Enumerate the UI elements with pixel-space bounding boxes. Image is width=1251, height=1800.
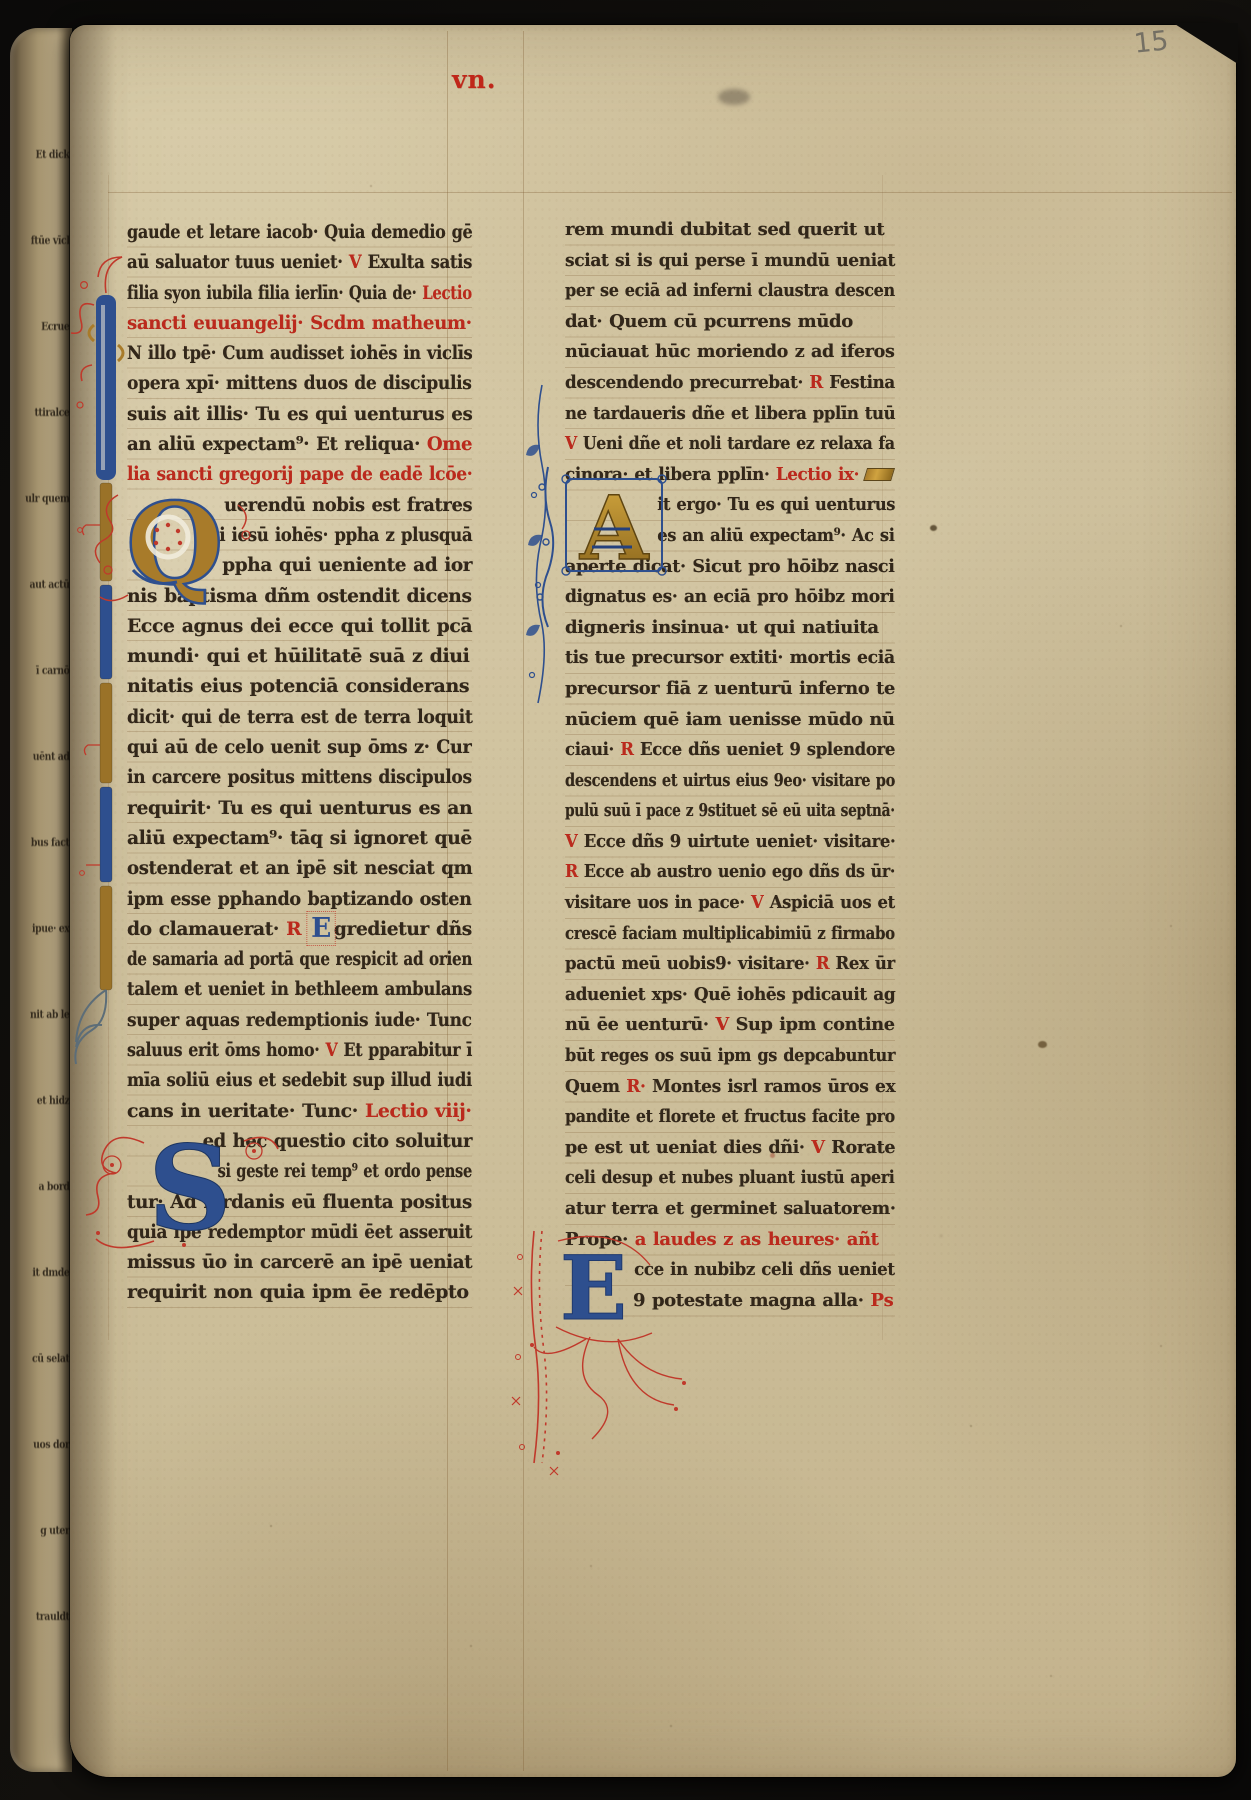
text-segment: Et pparabitur ī bbox=[343, 1039, 472, 1061]
text-line: N illo tpē· Cum audisset iohēs in viclīs bbox=[127, 338, 425, 368]
text-segment: gaude et letare iacob· Quia demedio gē bbox=[127, 221, 472, 243]
text-line: tis tue precursor extiti· mortis eciā bbox=[565, 643, 881, 674]
rubric-segment: Ome bbox=[427, 433, 472, 455]
text-line: ciaui· R Ecce dñs ueniet 9 splendore bbox=[565, 735, 868, 766]
text-segment: ne tardaueris dñe et libera pplīn tuū bbox=[565, 403, 895, 424]
text-line: mundi· qui et hūilitatē suā z diui bbox=[127, 641, 472, 671]
initial-s-ornament: S bbox=[84, 1113, 299, 1263]
parchment-stain bbox=[930, 525, 937, 531]
text-line: Quem R· Montes isrl ramos ūros ex bbox=[565, 1072, 878, 1103]
text-line: in carcere positus mittens discipulos bbox=[127, 762, 438, 792]
rubric-segment: V bbox=[715, 1014, 735, 1035]
text-segment: Ecce dñs 9 uirtute ueniet· visitare· bbox=[584, 831, 896, 852]
text-line: celi desup et nubes pluant iustū aperi bbox=[565, 1163, 856, 1194]
left-page-edge: Et dickftūe vīclEcruettiralceulr quemaut… bbox=[10, 28, 72, 1772]
text-line: adueniet xps· Quē iohēs pdicauit ag bbox=[565, 980, 875, 1011]
rubric-segment: V bbox=[565, 433, 583, 454]
edge-text-fragment: uēnt ad bbox=[19, 750, 72, 836]
text-segment: tis tue precursor extiti· mortis eciā bbox=[565, 647, 895, 668]
text-segment: talem et ueniet in bethleem ambulans bbox=[127, 978, 472, 1000]
text-segment: crescē faciam multiplicabimiū z firmabo bbox=[565, 923, 895, 944]
text-segment: filia syon iubila filia ierlīn· Quia de· bbox=[127, 282, 422, 304]
text-segment: Ecce agnus dei ecce qui tollit pcā bbox=[127, 615, 472, 637]
text-segment: Rorate bbox=[831, 1137, 895, 1158]
text-line: mīa soliū eius et sedebit sup illud iudi bbox=[127, 1065, 425, 1095]
text-line: dicit· qui de terra est de terra loquit bbox=[127, 702, 442, 732]
text-line: būt reges os suū ipm gs depcabuntur bbox=[565, 1041, 862, 1072]
text-line: R Ecce ab austro uenio ego dñs ds ūr· bbox=[565, 857, 856, 888]
rubric-segment: sancti euuangelij· Scdm matheum· bbox=[127, 312, 472, 334]
text-line: de samaria ad portā que respicit ad orie… bbox=[127, 944, 403, 974]
penwork-cascade bbox=[522, 385, 558, 705]
text-column-right: rem mundi dubitat sed querit utsciat si … bbox=[565, 215, 895, 1317]
text-segment: būt reges os suū ipm gs depcabuntur bbox=[565, 1045, 895, 1066]
text-line: Ecce agnus dei ecce qui tollit pcā bbox=[127, 611, 468, 641]
text-segment: nūciem quē iam uenisse mūdo nū bbox=[565, 709, 895, 730]
text-segment: nūciauat hūc moriendo z ad iferos bbox=[565, 341, 895, 362]
edge-text-fragment: it dmde bbox=[19, 1266, 72, 1352]
foxing-specks bbox=[70, 25, 72, 27]
text-segment: celi desup et nubes pluant iustū aperi bbox=[565, 1167, 894, 1188]
text-segment: Sup ipm contine bbox=[736, 1014, 895, 1035]
text-line: super aquas redemptionis iude· Tunc bbox=[127, 1005, 436, 1035]
text-segment: Exulta satis bbox=[368, 251, 472, 273]
text-line: nūciauat hūc moriendo z ad iferos bbox=[565, 337, 887, 368]
text-segment: do clamauerat· bbox=[127, 918, 286, 940]
text-segment: Montes isrl ramos ūros ex bbox=[652, 1076, 895, 1097]
text-segment: es an aliū expectam⁹· Ac si bbox=[657, 525, 894, 546]
text-line: ne tardaueris dñe et libera pplīn tuū bbox=[565, 399, 868, 430]
rubric-segment: V bbox=[325, 1039, 343, 1061]
text-segment: pandite et florete et fructus facite pro bbox=[565, 1106, 895, 1127]
initial-e-ornament: E bbox=[498, 1217, 768, 1527]
text-segment: mundi· qui et hūilitatē suā z diui bbox=[127, 645, 470, 667]
rubric-segment: V bbox=[811, 1137, 831, 1158]
text-segment: Aspiciā uos et bbox=[770, 892, 895, 913]
text-segment: qui aū de celo uenit sup ōms z· Cur bbox=[127, 736, 471, 758]
text-segment: saluus erit ōms homo· bbox=[127, 1039, 325, 1061]
text-line: suis ait illis· Tu es qui uenturus es bbox=[127, 399, 460, 429]
initial-glyph: S bbox=[148, 1121, 232, 1257]
text-line: gaude et letare iacob· Quia demedio gē bbox=[127, 217, 419, 247]
text-line: pandite et florete et fructus facite pro bbox=[565, 1102, 855, 1133]
edge-text-fragment: Et dick bbox=[19, 148, 72, 234]
text-segment: it ergo· Tu es qui uenturus bbox=[657, 494, 895, 515]
rubric-segment: R bbox=[620, 739, 640, 760]
text-segment: gredietur dñs bbox=[334, 918, 472, 940]
text-segment: Ueni dñe et noli tardare ez relaxa fa bbox=[583, 433, 895, 454]
rubric-segment: Ps bbox=[871, 1290, 894, 1311]
corner-cut bbox=[1166, 23, 1238, 77]
text-line: digneris insinua· ut qui natiuita bbox=[565, 613, 895, 644]
edge-text-fragment: ī carnō bbox=[19, 664, 72, 750]
text-segment: visitare uos in pace· bbox=[565, 892, 751, 913]
edge-text-fragment: et hidz bbox=[19, 1094, 72, 1180]
text-segment: adueniet xps· Quē iohēs pdicauit ag bbox=[565, 984, 895, 1005]
text-segment: de samaria ad portā que respicit ad orie… bbox=[127, 948, 472, 970]
rubric-segment: R bbox=[565, 861, 584, 882]
text-segment: atur terra et germinet saluatorem· bbox=[565, 1198, 896, 1219]
rubric-segment: R bbox=[816, 953, 836, 974]
parchment-fleck bbox=[770, 1153, 775, 1158]
text-segment: nitatis eius potenciā considerans bbox=[127, 675, 469, 697]
rubric-segment: V bbox=[565, 831, 584, 852]
text-line: rem mundi dubitat sed querit ut bbox=[565, 215, 895, 246]
text-line: ostenderat et an ipē sit nesciat qm bbox=[127, 853, 456, 883]
initial-i-ornament: I bbox=[70, 225, 140, 1105]
text-line: ipm esse pphando baptizando osten bbox=[127, 884, 447, 914]
text-line: descendendo precurrebat· R Festina bbox=[565, 368, 872, 399]
text-segment: ipm esse pphando baptizando osten bbox=[127, 888, 472, 910]
text-line: descendens et uirtus eius 9eo· visitare … bbox=[565, 766, 832, 797]
text-line: nūciem quē iam uenisse mūdo nū bbox=[565, 705, 892, 736]
text-segment: sciat si is qui perse ī mundū ueniat bbox=[565, 250, 895, 271]
text-segment: N illo tpē· Cum audisset iohēs in viclīs bbox=[127, 342, 472, 364]
text-segment: rem mundi dubitat sed querit ut bbox=[565, 219, 884, 240]
text-segment: nū ēe uenturū· bbox=[565, 1014, 715, 1035]
text-segment: an aliū expectam⁹· Et reliqua· bbox=[127, 433, 427, 455]
text-segment: Rex ūr bbox=[836, 953, 895, 974]
text-line: V Ueni dñe et noli tardare ez relaxa fa bbox=[565, 429, 854, 460]
text-line: nū ēe uenturū· V Sup ipm contine bbox=[565, 1010, 890, 1041]
manuscript-scan: Et dickftūe vīclEcruettiralceulr quemaut… bbox=[0, 0, 1251, 1800]
text-line: V Ecce dñs 9 uirtute ueniet· visitare· bbox=[565, 827, 868, 858]
text-segment: in carcere positus mittens discipulos bbox=[127, 766, 472, 788]
gold-line-filler bbox=[863, 468, 895, 481]
initial-glyph: Q bbox=[126, 479, 224, 610]
text-line: qui aū de celo uenit sup ōms z· Cur bbox=[127, 732, 449, 762]
edge-text-fragment: a bord bbox=[19, 1180, 72, 1266]
inline-initial: E bbox=[308, 913, 334, 944]
text-line: dat· Quem cū pcurrens mūdo bbox=[565, 307, 895, 338]
rubric-segment: Lectio bbox=[422, 282, 472, 304]
text-segment: Quem bbox=[565, 1076, 626, 1097]
text-segment: mīa soliū eius et sedebit sup illud iudi bbox=[127, 1069, 472, 1091]
text-segment: dicit· qui de terra est de terra loquit bbox=[127, 706, 472, 728]
text-line: talem et ueniet in bethleem ambulans bbox=[127, 974, 427, 1004]
rubric-segment: R bbox=[286, 918, 308, 940]
ruling-line-horizontal bbox=[108, 192, 1232, 193]
text-segment: Ecce dñs ueniet 9 splendore bbox=[640, 739, 895, 760]
edge-text-fragment: cū selat bbox=[19, 1352, 72, 1438]
edge-text-fragment: nit ab le bbox=[19, 1008, 72, 1094]
text-segment: opera xpī· mittens duos de discipulis bbox=[127, 372, 472, 394]
text-line: do clamauerat· R Egredietur dñs bbox=[127, 914, 465, 944]
text-segment: descendendo precurrebat· bbox=[565, 372, 809, 393]
manuscript-page: vn. 15 gaude et letare iacob· Quia demed… bbox=[70, 25, 1236, 1777]
text-line: requirit· Tu es qui uenturus es an bbox=[127, 793, 467, 823]
text-segment: descendens et uirtus eius 9eo· visitare … bbox=[565, 770, 895, 791]
text-segment: pulū suū ī pace z 9stituet sē eū uita se… bbox=[565, 800, 895, 821]
edge-text-fragment: trauldt bbox=[19, 1610, 72, 1696]
text-segment: requirit non quia ipm ēe redēpto bbox=[127, 1281, 469, 1303]
text-segment: ciaui· bbox=[565, 739, 620, 760]
edge-text-fragment: aut actū bbox=[19, 578, 72, 664]
edge-text-fragment: bus fact bbox=[19, 836, 72, 922]
text-line: visitare uos in pace· V Aspiciā uos et bbox=[565, 888, 867, 919]
text-line: opera xpī· mittens duos de discipulis bbox=[127, 368, 439, 398]
text-line: nitatis eius potenciā considerans bbox=[127, 671, 472, 701]
text-line: sciat si is qui perse ī mundū ueniat bbox=[565, 246, 878, 277]
text-segment: aliū expectam⁹· tāq si ignoret quē bbox=[127, 827, 472, 849]
rubric-segment: R bbox=[809, 372, 829, 393]
text-segment: requirit· Tu es qui uenturus es an bbox=[127, 797, 472, 819]
text-line: aliū expectam⁹· tāq si ignoret quē bbox=[127, 823, 466, 853]
text-line: pe est ut ueniat dies dñi· V Rorate bbox=[565, 1133, 887, 1164]
text-line: filia syon iubila filia ierlīn· Quia de·… bbox=[127, 278, 397, 308]
quire-numeral: vn. bbox=[452, 65, 496, 94]
text-line: precursor fiā z uenturū inferno te bbox=[565, 674, 892, 705]
text-segment: suis ait illis· Tu es qui uenturus es bbox=[127, 403, 472, 425]
initial-glyph: E bbox=[560, 1236, 627, 1340]
text-line: aū saluator tuus ueniet· V Exulta satis bbox=[127, 247, 426, 277]
edge-text-fragment: ttiralce bbox=[19, 406, 72, 492]
text-segment: aū saluator tuus ueniet· bbox=[127, 251, 349, 273]
folio-number: 15 bbox=[1132, 25, 1169, 59]
text-segment: super aquas redemptionis iude· Tunc bbox=[127, 1009, 472, 1031]
text-line: per se eciā ad inferni claustra descen bbox=[565, 276, 860, 307]
edge-text-fragment: ulr quem bbox=[19, 492, 72, 578]
text-segment: dat· Quem cū pcurrens mūdo bbox=[565, 311, 853, 332]
text-line: requirit non quia ipm ēe redēpto bbox=[127, 1277, 472, 1307]
text-segment: ostenderat et an ipē sit nesciat qm bbox=[127, 857, 472, 879]
text-segment: Ecce ab austro uenio ego dñs ds ūr· bbox=[584, 861, 895, 882]
edge-text-fragment: ipue· ex bbox=[19, 922, 72, 1008]
text-line: an aliū expectam⁹· Et reliqua· Ome bbox=[127, 429, 456, 459]
text-line: sancti euuangelij· Scdm matheum· bbox=[127, 308, 458, 338]
text-line: pactū meū uobis9· visitare· R Rex ūr bbox=[565, 949, 868, 980]
rubric-segment: R· bbox=[626, 1076, 652, 1097]
rubric-segment: Lectio viij· bbox=[365, 1100, 472, 1122]
parchment-smudge bbox=[718, 89, 750, 105]
rubric-segment: V bbox=[349, 251, 368, 273]
text-line: saluus erit ōms homo· V Et pparabitur ī bbox=[127, 1035, 415, 1065]
edge-text-fragment: ftūe vīcl bbox=[19, 234, 72, 320]
text-segment: pactū meū uobis9· visitare· bbox=[565, 953, 816, 974]
rubric-segment: V bbox=[751, 892, 770, 913]
edge-text-fragment: uos dor bbox=[19, 1438, 72, 1524]
edge-text-fragment: g uter bbox=[19, 1524, 72, 1610]
text-line: crescē faciam multiplicabimiū z firmabo bbox=[565, 919, 839, 950]
parchment-stain bbox=[1038, 1041, 1047, 1048]
text-segment: precursor fiā z uenturū inferno te bbox=[565, 678, 895, 699]
edge-text-fragment: Ecrue bbox=[19, 320, 72, 406]
rubric-segment: Lectio ix· bbox=[776, 464, 859, 485]
text-segment: Festina bbox=[829, 372, 895, 393]
initial-q-ornament: Q bbox=[88, 475, 263, 615]
text-line: pulū suū ī pace z 9stituet sē eū uita se… bbox=[565, 796, 817, 827]
text-segment: digneris insinua· ut qui natiuita bbox=[565, 617, 879, 638]
text-segment: per se eciā ad inferni claustra descen bbox=[565, 280, 895, 301]
